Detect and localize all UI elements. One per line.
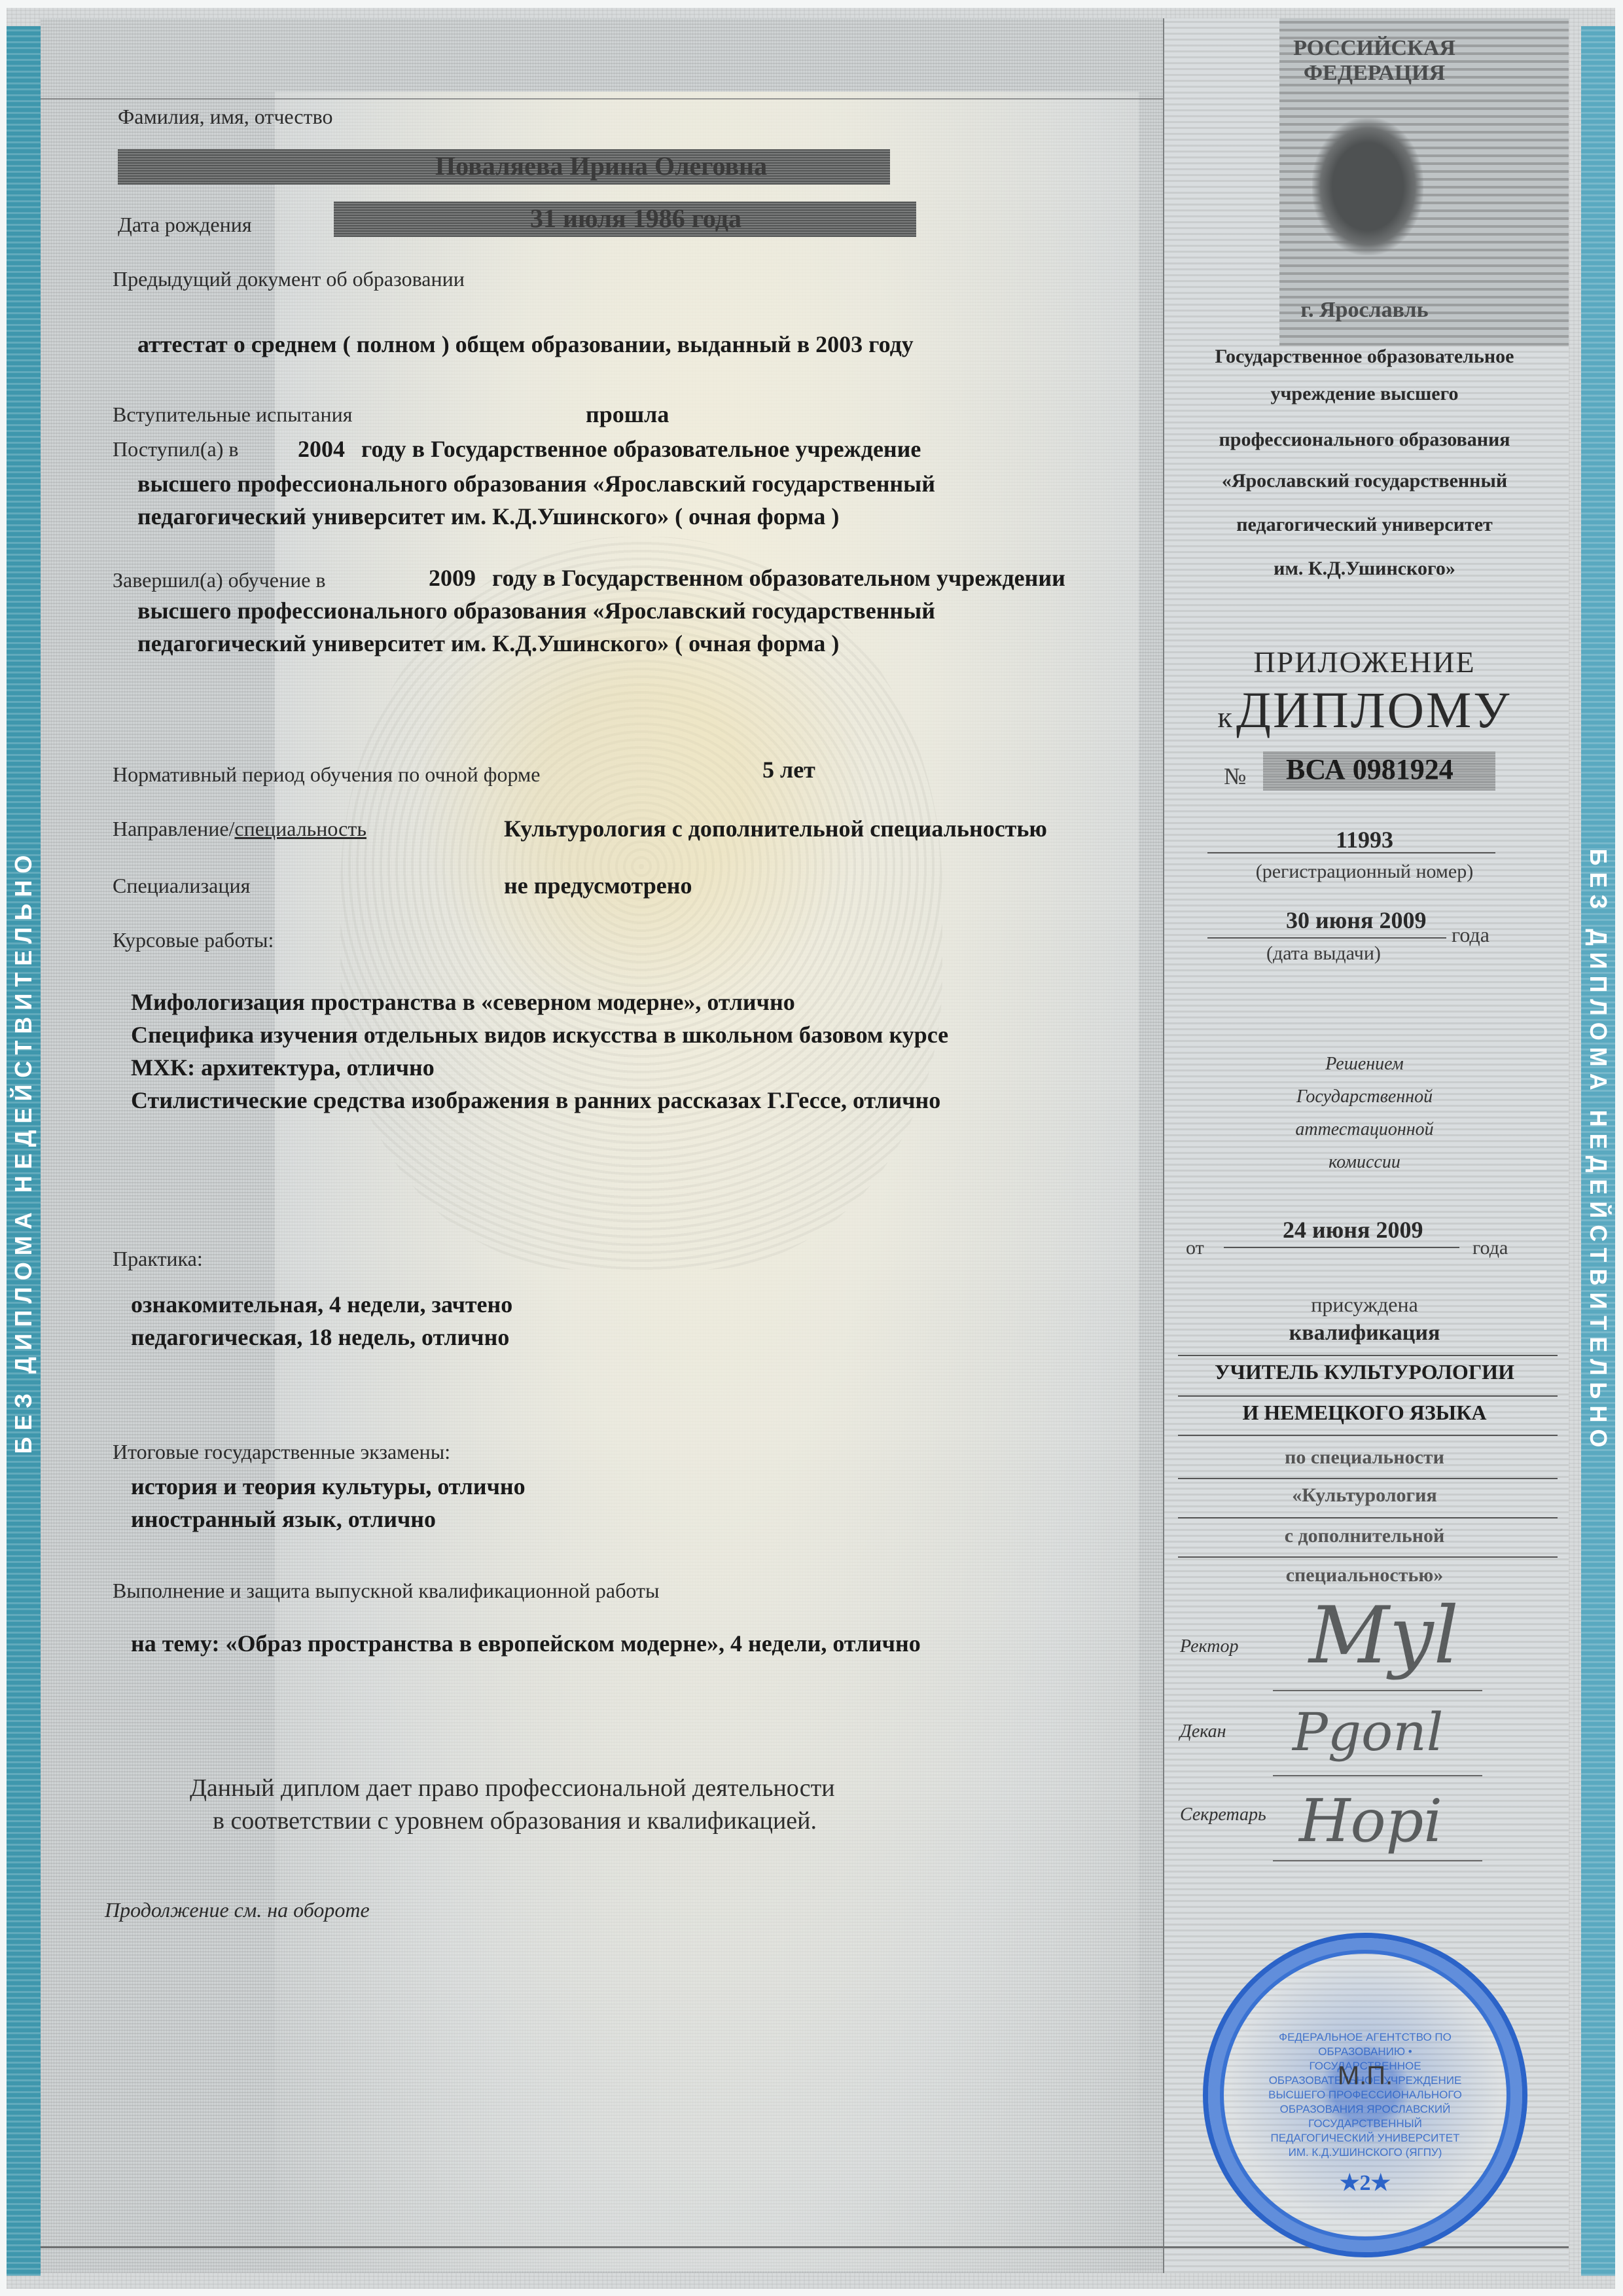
- left-security-band: БЕЗ ДИПЛОМА НЕДЕЙСТВИТЕЛЬНО: [7, 26, 41, 2276]
- previous-document-value: аттестат о среднем ( полном ) общем обра…: [137, 331, 914, 358]
- final-exams-label: Итоговые государственные экзамены:: [113, 1440, 450, 1464]
- coursework-label: Курсовые работы:: [113, 928, 274, 952]
- qualification-label: квалификация: [1171, 1321, 1558, 1346]
- completion-line-2: высшего профессионального образования «Я…: [137, 597, 935, 624]
- stamp-ring-text: ФЕДЕРАЛЬНОЕ АГЕНТСТВО ПО ОБРАЗОВАНИЮ • Г…: [1267, 2030, 1463, 2160]
- registration-number: 11993: [1171, 826, 1558, 853]
- supplement-title-prefix: к: [1217, 700, 1233, 734]
- qualification-line-2: И НЕМЕЦКОГО ЯЗЫКА: [1171, 1401, 1558, 1425]
- practice-label: Практика:: [113, 1247, 203, 1271]
- enrolled-year: 2004: [298, 435, 345, 463]
- coursework-item: Мифологизация пространства в «северном м…: [131, 988, 795, 1016]
- right-band-text: БЕЗ ДИПЛОМА НЕДЕЙСТВИТЕЛЬНО: [1584, 848, 1612, 1454]
- thesis-value: на тему: «Образ пространства в европейск…: [131, 1630, 921, 1657]
- signatory-role: Секретарь: [1180, 1804, 1266, 1825]
- fio-value: Поваляева Ирина Олеговна: [435, 151, 767, 181]
- rector-signature: Myl: [1309, 1590, 1459, 1681]
- specialty-rule: [1178, 1556, 1558, 1558]
- diploma-number: ВСА 0981924: [1286, 753, 1454, 786]
- enrolled-line-1: году в Государственное образовательное у…: [361, 435, 921, 463]
- registration-line: [1207, 852, 1495, 853]
- completion-label: Завершил(а) обучение в: [113, 568, 326, 592]
- decision-line: аттестационной: [1171, 1119, 1558, 1140]
- entrance-exams-label: Вступительные испытания: [113, 403, 352, 427]
- institution-line: профессионального образования: [1171, 429, 1558, 451]
- study-period-value: 5 лет: [762, 756, 815, 783]
- signature-line: [1273, 1860, 1482, 1861]
- country-header: РОССИЙСКАЯ ФЕДЕРАЦИЯ: [1283, 36, 1466, 95]
- supplement-title: ПРИЛОЖЕНИЕ: [1171, 645, 1558, 679]
- direction-value: Культурология с дополнительной специальн…: [504, 815, 1047, 842]
- issue-year-suffix: года: [1452, 923, 1489, 947]
- institution-line: им. К.Д.Ушинского»: [1171, 558, 1558, 580]
- practice-item: педагогическая, 18 недель, отлично: [131, 1323, 509, 1351]
- coursework-item: Стилистические средства изображения в ра…: [131, 1086, 940, 1114]
- specialty-line: по специальности: [1171, 1446, 1558, 1469]
- stamp-number: ★2★: [1340, 2170, 1391, 2196]
- institution-line: педагогический университет: [1171, 514, 1558, 536]
- supplement-title-line-2: к ДИПЛОМУ: [1171, 681, 1558, 740]
- registration-caption: (регистрационный номер): [1171, 861, 1558, 883]
- completion-year: 2009: [429, 564, 476, 592]
- qualification-line-1: УЧИТЕЛЬ КУЛЬТУРОЛОГИИ: [1171, 1360, 1558, 1384]
- signature-line: [1273, 1690, 1482, 1691]
- specialization-value: не предусмотрено: [504, 872, 692, 899]
- decision-line: Решением: [1171, 1054, 1558, 1075]
- specialty-rule: [1178, 1478, 1558, 1479]
- enrolled-line-3: педагогический университет им. К.Д.Ушинс…: [137, 503, 839, 530]
- specialty-rule: [1178, 1517, 1558, 1518]
- city: г. Ярославль: [1171, 298, 1558, 323]
- institution-line: «Ярославский государственный: [1171, 470, 1558, 492]
- stamp-center-text: М.П.: [1338, 2062, 1393, 2091]
- decision-suffix: года: [1472, 1237, 1508, 1259]
- rights-statement-line-2: в соответствии с уровнем образования и к…: [213, 1806, 817, 1835]
- completion-line-3: педагогический университет им. К.Д.Ушинс…: [137, 630, 839, 657]
- signature-line: [1273, 1775, 1482, 1776]
- thesis-label: Выполнение и защита выпускной квалификац…: [113, 1579, 659, 1603]
- number-sign: №: [1224, 762, 1246, 790]
- signatory-role: Ректор: [1180, 1636, 1238, 1657]
- dean-signature: Pgonl: [1293, 1702, 1443, 1763]
- institution-line: Государственное образовательное: [1171, 346, 1558, 368]
- decision-date-line: [1224, 1247, 1459, 1248]
- fio-label: Фамилия, имя, отчество: [118, 105, 333, 129]
- coursework-item: МХК: архитектура, отлично: [131, 1054, 435, 1081]
- specialty-line: с дополнительной: [1171, 1525, 1558, 1547]
- enrolled-line-2: высшего профессионального образования «Я…: [137, 470, 935, 497]
- column-divider: [1163, 18, 1164, 2273]
- decision-prefix: от: [1186, 1237, 1204, 1259]
- birth-date-label: Дата рождения: [118, 213, 252, 237]
- rights-statement-line-1: Данный диплом дает право профессионально…: [190, 1774, 835, 1803]
- country-line-2: ФЕДЕРАЦИЯ: [1283, 61, 1466, 86]
- final-exam-item: история и теория культуры, отлично: [131, 1473, 526, 1500]
- supplement-title-main: ДИПЛОМУ: [1236, 681, 1512, 738]
- coat-of-arms-icon: [1312, 118, 1423, 255]
- qualification-line: [1178, 1355, 1558, 1356]
- final-exam-item: иностранный язык, отлично: [131, 1505, 436, 1533]
- practice-item: ознакомительная, 4 недели, зачтено: [131, 1291, 512, 1318]
- birth-date-value: 31 июля 1986 года: [530, 203, 741, 234]
- completion-line-1: году в Государственном образовательном у…: [492, 564, 1065, 592]
- enrolled-label: Поступил(а) в: [113, 437, 239, 461]
- secretary-signature: Hopi: [1299, 1787, 1442, 1856]
- awarded-text: присуждена: [1171, 1293, 1558, 1317]
- issue-date-line: [1207, 937, 1446, 939]
- right-security-band: БЕЗ ДИПЛОМА НЕДЕЙСТВИТЕЛЬНО: [1581, 26, 1615, 2276]
- specialty-line: специальностью»: [1171, 1564, 1558, 1587]
- previous-document-label: Предыдущий документ об образовании: [113, 267, 465, 291]
- official-seal-stamp: ФЕДЕРАЛЬНОЕ АГЕНТСТВО ПО ОБРАЗОВАНИЮ • Г…: [1203, 1933, 1527, 2257]
- decision-date: 24 июня 2009: [1283, 1216, 1423, 1244]
- issue-date: 30 июня 2009: [1286, 906, 1426, 934]
- continuation-note: Продолжение см. на обороте: [105, 1898, 370, 1922]
- specialty-rule: [1178, 1435, 1558, 1436]
- top-divider: [41, 98, 1163, 99]
- country-line-1: РОССИЙСКАЯ: [1283, 36, 1466, 61]
- decision-line: Государственной: [1171, 1086, 1558, 1107]
- left-band-text: БЕЗ ДИПЛОМА НЕДЕЙСТВИТЕЛЬНО: [10, 848, 37, 1454]
- issue-caption: (дата выдачи): [1266, 942, 1381, 965]
- decision-line: комиссии: [1171, 1152, 1558, 1173]
- direction-label-prefix: Направление/: [113, 817, 234, 840]
- entrance-exams-value: прошла: [586, 401, 669, 428]
- institution-line: учреждение высшего: [1171, 383, 1558, 405]
- coursework-item: Специфика изучения отдельных видов искус…: [131, 1021, 948, 1049]
- specialty-line: «Культурология: [1171, 1484, 1558, 1507]
- direction-label-underlined: специальность: [234, 817, 366, 840]
- study-period-label: Нормативный период обучения по очной фор…: [113, 762, 540, 787]
- signatory-role: Декан: [1180, 1721, 1226, 1742]
- direction-label: Направление/специальность: [113, 817, 366, 841]
- qualification-line-rule: [1178, 1395, 1558, 1397]
- specialization-label: Специализация: [113, 874, 250, 898]
